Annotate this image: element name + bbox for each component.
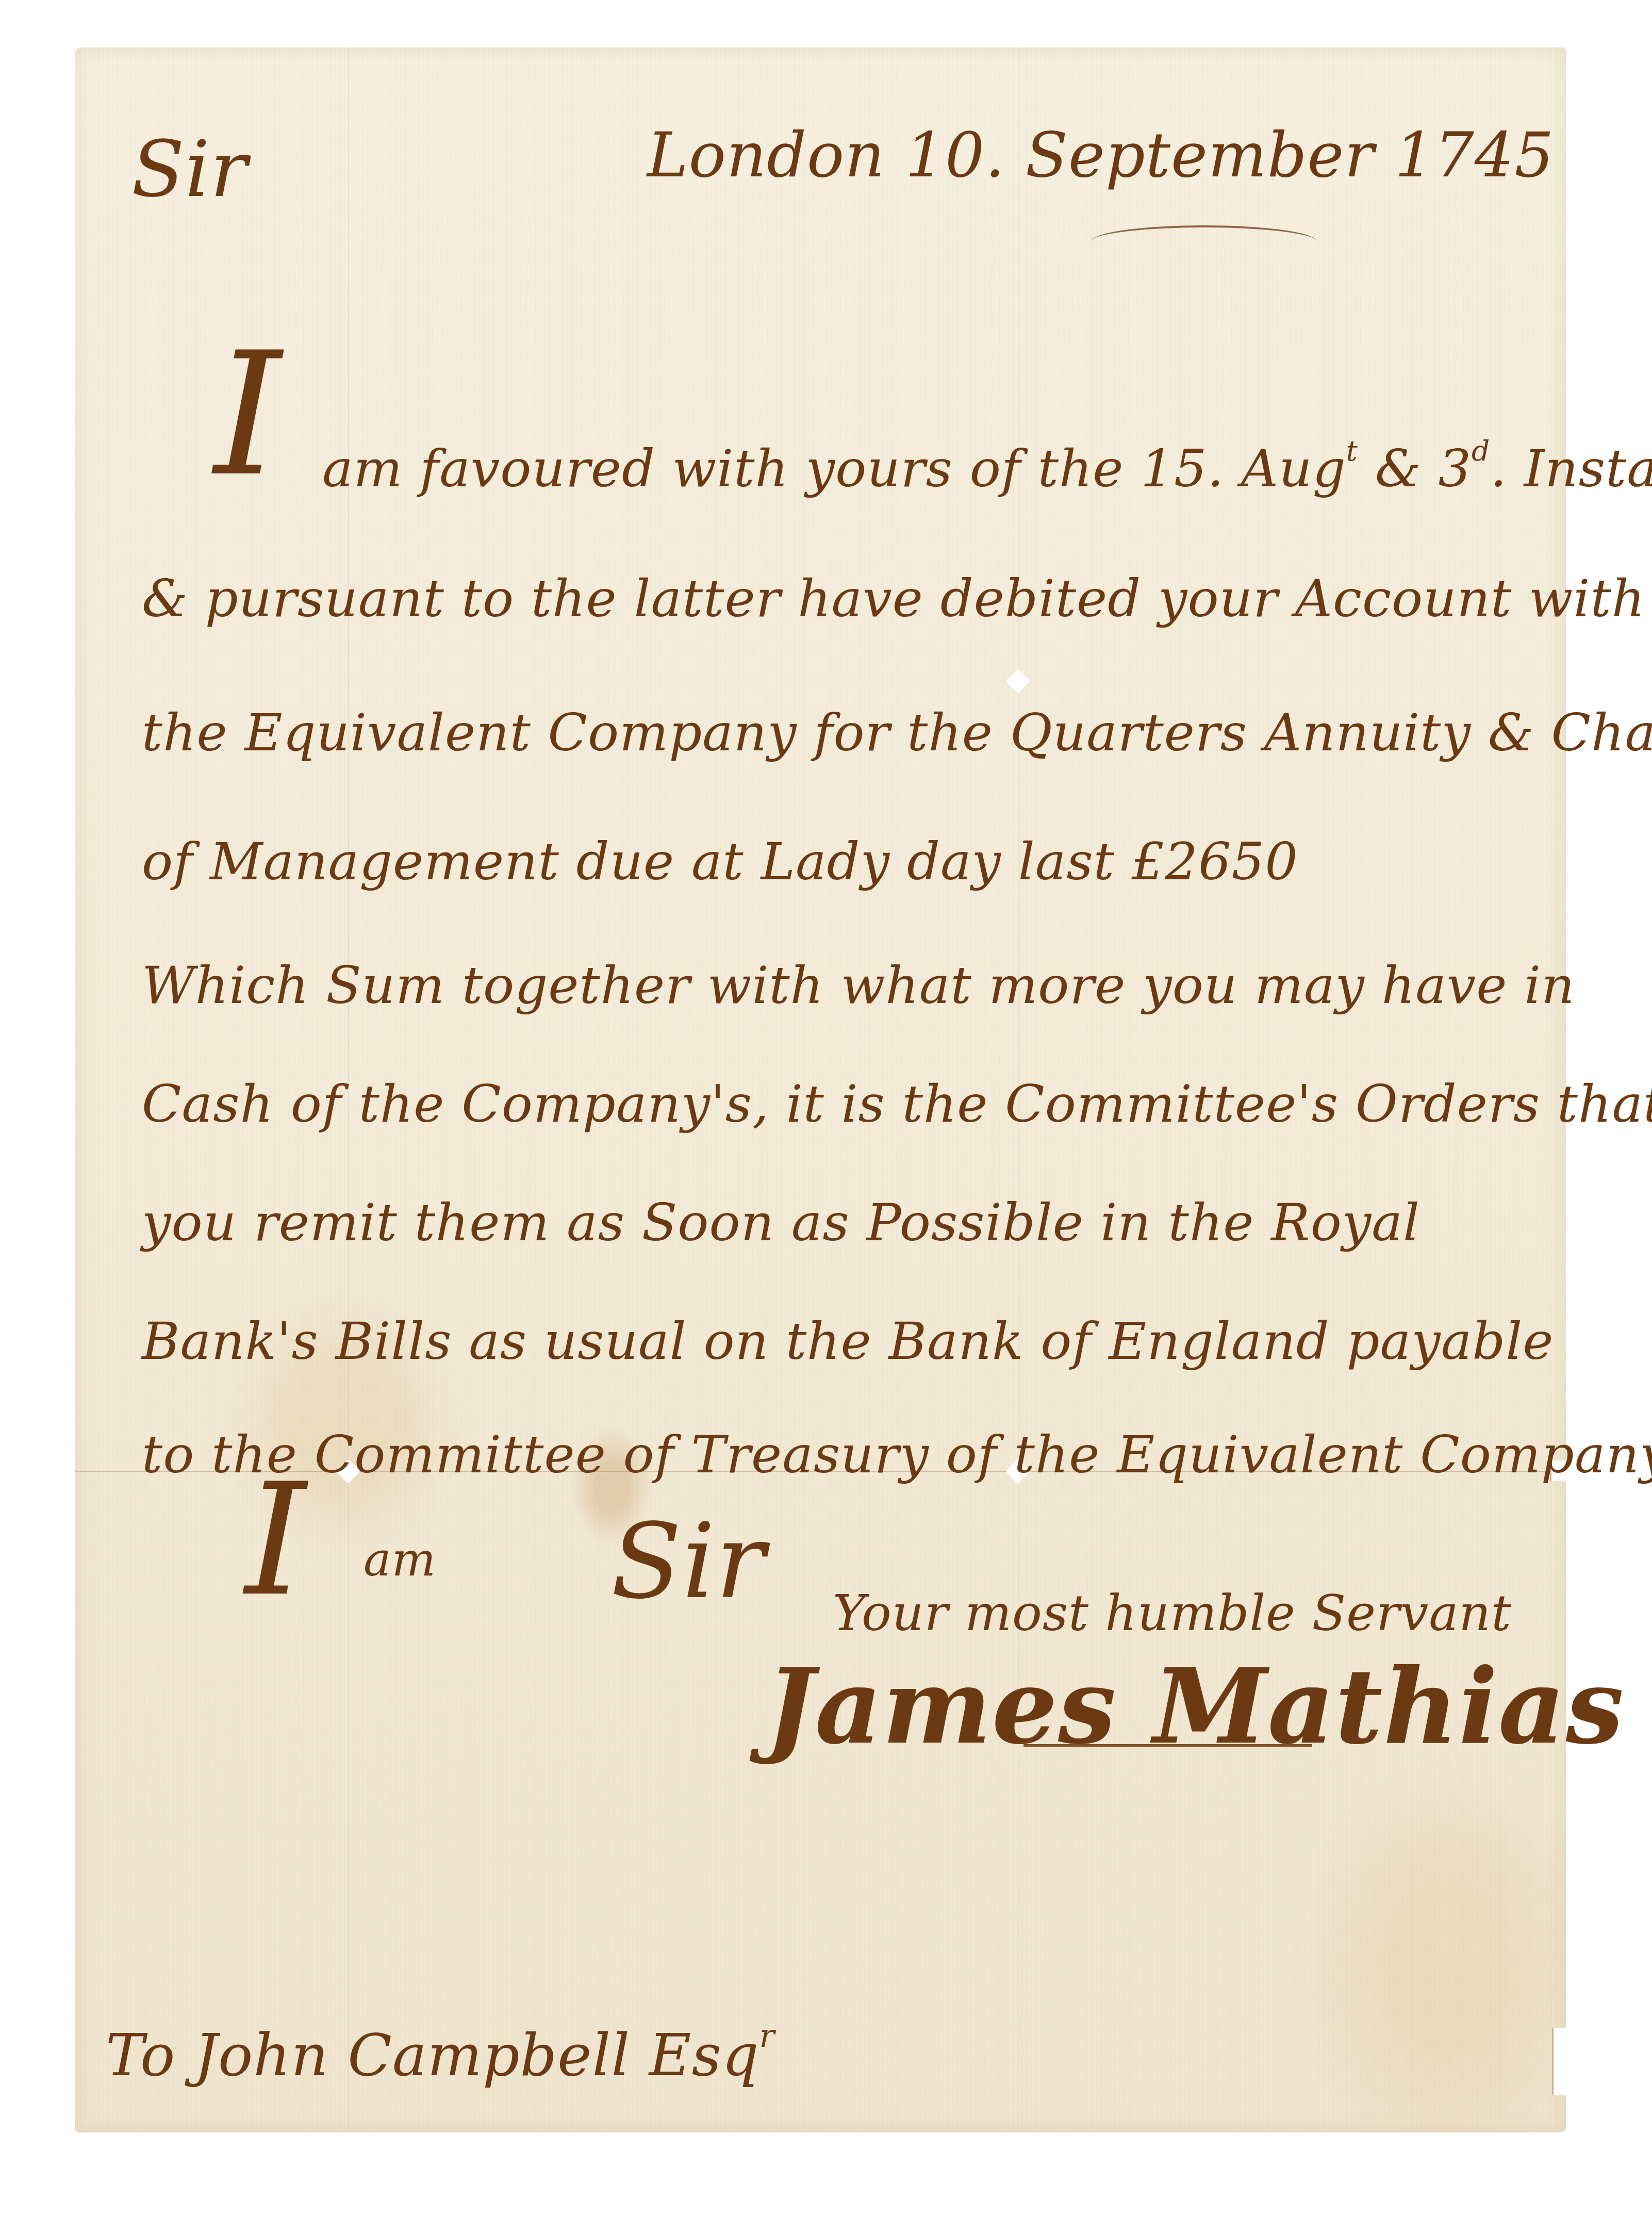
valediction: Your most humble Servant xyxy=(833,1584,1512,1642)
fold-hole xyxy=(1005,669,1030,694)
addressee-name: To John Campbell Esq xyxy=(106,2022,759,2089)
superscript: r xyxy=(759,2017,775,2055)
body-text: am favoured with yours of the 15. Aug xyxy=(322,438,1346,499)
letter-paper: Sir London 10. September 1745 I am favou… xyxy=(75,47,1566,2132)
closing-am: am xyxy=(364,1533,436,1587)
body-line-2: & pursuant to the latter have debited yo… xyxy=(142,568,1645,629)
body-line-6: Cash of the Company's, it is the Committ… xyxy=(142,1074,1652,1134)
body-line-9: to the Committee of Treasury of the Equi… xyxy=(142,1424,1652,1485)
signature: James Mathias xyxy=(766,1646,1624,1767)
addressee: To John Campbell Esqr xyxy=(106,2017,775,2089)
salutation: Sir xyxy=(131,125,247,215)
drop-cap: I xyxy=(214,316,281,514)
body-text: & 3 xyxy=(1358,438,1472,499)
body-line-8: Bank's Bills as usual on the Bank of Eng… xyxy=(142,1311,1554,1371)
closing-initial: I xyxy=(245,1450,307,1630)
body-line-1: am favoured with yours of the 15. Augt &… xyxy=(322,434,1652,499)
edge-tear xyxy=(1552,2028,1567,2095)
body-line-4: of Management due at Lady day last £2650 xyxy=(142,831,1298,892)
superscript: d xyxy=(1472,434,1490,467)
body-text: . Instant xyxy=(1490,438,1652,499)
closing-sir: Sir xyxy=(611,1502,766,1622)
body-line-7: you remit them as Soon as Possible in th… xyxy=(142,1192,1420,1253)
superscript: t xyxy=(1346,434,1358,467)
place-and-date: London 10. September 1745 xyxy=(647,120,1555,191)
body-line-5: Which Sum together with what more you ma… xyxy=(142,955,1575,1015)
body-line-3: the Equivalent Company for the Quarters … xyxy=(142,702,1652,763)
